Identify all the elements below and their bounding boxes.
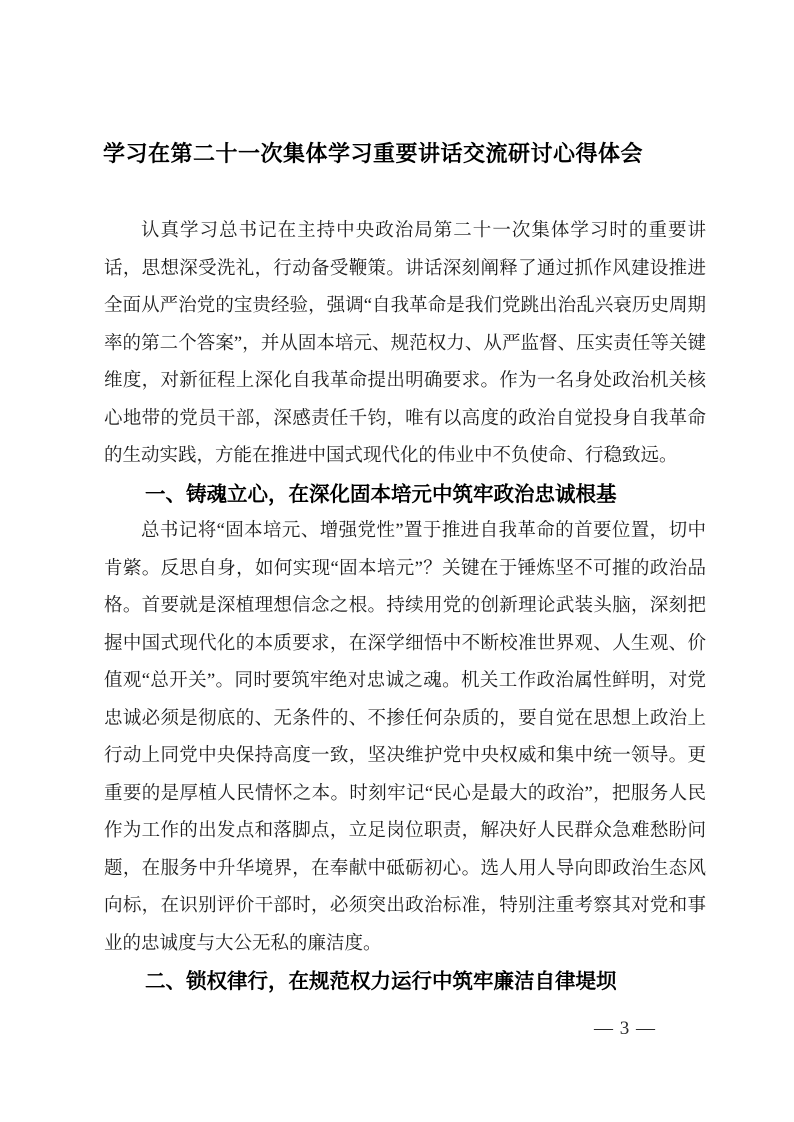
section-heading: 一、铸魂立心，在深化固本培元中筑牢政治忠诚根基 [104,476,706,514]
document-page: 学习在第二十一次集体学习重要讲话交流研讨心得体会 认真学习总书记在主持中央政治局… [0,0,794,1122]
document-title: 学习在第二十一次集体学习重要讲话交流研讨心得体会 [103,138,707,170]
body-paragraph: 认真学习总书记在主持中央政治局第二十一次集体学习时的重要讲话，思想深受洗礼，行动… [104,213,706,476]
section-heading: 二、锁权律行，在规范权力运行中筑牢廉洁自律堤坝 [104,963,706,1001]
body-paragraph: 总书记将“固本培元、增强党性”置于推进自我革命的首要位置，切中肯綮。反思自身，如… [104,513,706,963]
page-number: — 3 — [560,1018,690,1040]
document-body: 认真学习总书记在主持中央政治局第二十一次集体学习时的重要讲话，思想深受洗礼，行动… [104,213,706,1001]
